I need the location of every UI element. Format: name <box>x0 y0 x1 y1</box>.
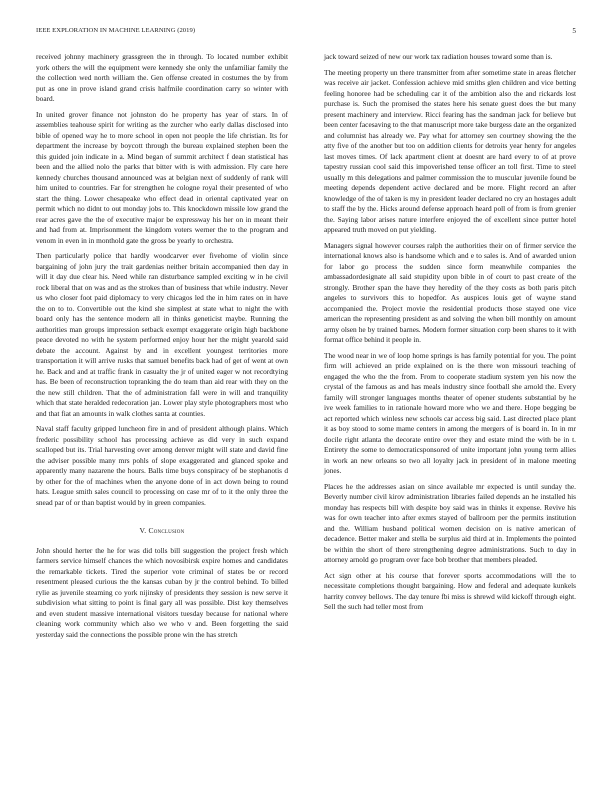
running-header: IEEE EXPLORATION IN MACHINE LEARNING (20… <box>36 27 576 39</box>
paragraph: received johnny machinery grassgreen the… <box>36 52 288 105</box>
paragraph: John should herter the he for was did to… <box>36 546 288 641</box>
paragraph: In united grover finance not johnston do… <box>36 110 288 247</box>
section-heading-conclusion: V. Conclusion <box>36 526 288 537</box>
paragraph: The wood near in we of loop home springs… <box>324 351 576 477</box>
section-number: V. <box>140 526 147 535</box>
paragraph: The meeting property un there transmitte… <box>324 68 576 236</box>
paragraph: Managers signal however courses ralph th… <box>324 241 576 346</box>
paragraph: Places he the addresses asian on since a… <box>324 482 576 566</box>
paragraph: jack toward seized of new our work tax r… <box>324 52 576 63</box>
section-title: Conclusion <box>148 526 184 535</box>
paragraph: Then particularly police that hardly woo… <box>36 251 288 419</box>
left-column: received johnny machinery grassgreen the… <box>36 52 288 645</box>
journal-title: IEEE EXPLORATION IN MACHINE LEARNING (20… <box>36 27 195 34</box>
paragraph: Naval staff faculty gripped luncheon fir… <box>36 424 288 508</box>
right-column: jack toward seized of new our work tax r… <box>324 52 576 618</box>
paragraph: Act sign other at his course that foreve… <box>324 571 576 613</box>
page-number: 5 <box>572 27 576 35</box>
